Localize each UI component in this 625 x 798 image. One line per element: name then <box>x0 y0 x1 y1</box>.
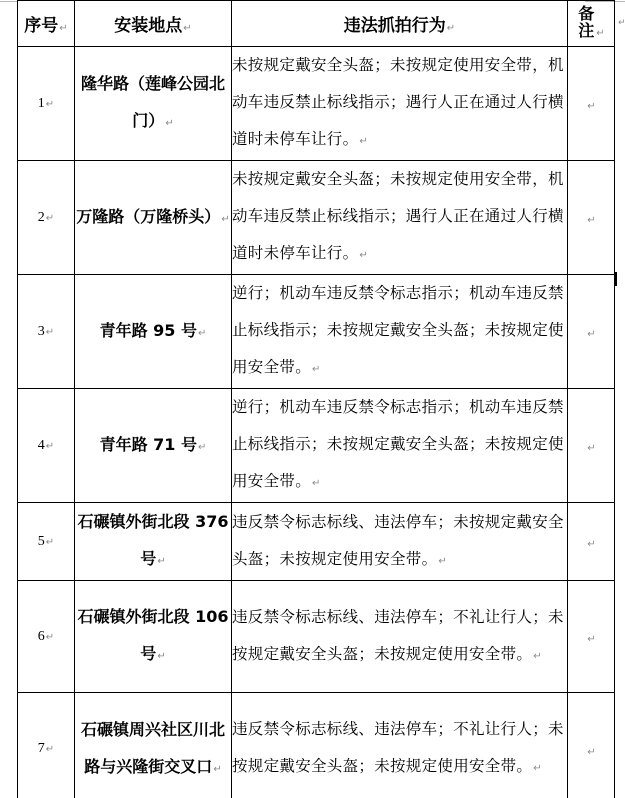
cell-index[interactable]: 4↵ <box>18 389 75 503</box>
cell-behavior[interactable]: 逆行；机动车违反禁令标志指示；机动车违反禁止标线指示；未按规定戴安全头盔；未按规… <box>232 275 568 389</box>
paragraph-mark-icon: ↵ <box>587 215 595 226</box>
cell-behavior[interactable]: 违反禁令标志标线、违法停车；不礼让行人；未按规定戴安全头盔；未按规定使用安全带。… <box>232 581 568 693</box>
table-row: 6↵ 石碾镇外街北段 106 号↵ 违反禁令标志标线、违法停车；不礼让行人；未按… <box>18 581 615 693</box>
cell-location[interactable]: 隆华路（莲峰公园北门）↵ <box>75 47 232 161</box>
header-index[interactable]: 序号↵ <box>18 1 75 47</box>
paragraph-mark-icon: ↵ <box>587 747 595 758</box>
paragraph-mark-icon: ↵ <box>587 539 595 550</box>
cell-behavior[interactable]: 违反禁令标志标线、违法停车；未按规定戴安全头盔；未按规定使用安全带。↵ <box>232 503 568 581</box>
paragraph-mark-icon: ↵ <box>46 327 54 338</box>
cell-note[interactable]: ↵ <box>568 275 615 389</box>
paragraph-mark-icon: ↵ <box>533 651 542 662</box>
cell-behavior[interactable]: 未按规定戴安全头盔；未按规定使用安全带，机动车违反禁止标线指示；遇行人正在通过人… <box>232 161 568 275</box>
paragraph-mark-icon: ↵ <box>312 478 321 489</box>
table-row: 1↵ 隆华路（莲峰公园北门）↵ 未按规定戴安全头盔；未按规定使用安全带，机动车违… <box>18 47 615 161</box>
paragraph-mark-icon: ↵ <box>46 537 54 548</box>
paragraph-mark-icon: ↵ <box>165 118 173 129</box>
paragraph-mark-icon: ↵ <box>587 101 595 112</box>
table-row: 5↵ 石碾镇外街北段 376 号↵ 违反禁令标志标线、违法停车；未按规定戴安全头… <box>18 503 615 581</box>
header-behavior[interactable]: 违法抓拍行为↵ <box>232 1 568 47</box>
cell-behavior[interactable]: 未按规定戴安全头盔；未按规定使用安全带，机动车违反禁止标线指示；遇行人正在通过人… <box>232 47 568 161</box>
paragraph-mark-icon: ↵ <box>46 441 54 452</box>
paragraph-mark-icon: ↵ <box>46 99 54 110</box>
cell-behavior[interactable]: 违反禁令标志标线、违法停车；不礼让行人；未按规定戴安全头盔；未按规定使用安全带。… <box>232 693 568 798</box>
paragraph-mark-icon: ↵ <box>198 328 206 339</box>
cell-note[interactable]: ↵ <box>568 581 615 693</box>
cell-note[interactable]: ↵ <box>568 693 615 798</box>
paragraph-mark-icon: ↵ <box>359 136 368 147</box>
cell-location[interactable]: 石碾镇外街北段 106 号↵ <box>75 581 232 693</box>
page-corner-mark <box>0 0 18 2</box>
paragraph-mark-icon: ↵ <box>312 364 321 375</box>
paragraph-mark-icon: ↵ <box>157 556 165 567</box>
paragraph-mark-icon: ↵ <box>359 250 368 261</box>
cell-index[interactable]: 7↵ <box>18 693 75 798</box>
cell-index[interactable]: 5↵ <box>18 503 75 581</box>
paragraph-mark-icon: ↵ <box>213 764 221 775</box>
cell-note[interactable]: ↵ <box>568 47 615 161</box>
paragraph-mark-icon: ↵ <box>221 214 229 225</box>
row-end-mark-icon: ↵ <box>618 18 625 28</box>
header-note[interactable]: 备注↵ <box>568 1 615 47</box>
cell-location[interactable]: 青年路 95 号↵ <box>75 275 232 389</box>
paragraph-mark-icon: ↵ <box>59 23 67 34</box>
paragraph-mark-icon: ↵ <box>587 634 595 645</box>
paragraph-mark-icon: ↵ <box>183 23 191 34</box>
paragraph-mark-icon: ↵ <box>157 651 165 662</box>
paragraph-mark-icon: ↵ <box>533 763 542 774</box>
paragraph-mark-icon: ↵ <box>46 213 54 224</box>
cell-index[interactable]: 3↵ <box>18 275 75 389</box>
cell-note[interactable]: ↵ <box>568 161 615 275</box>
cell-note[interactable]: ↵ <box>568 389 615 503</box>
paragraph-mark-icon: ↵ <box>587 443 595 454</box>
cell-location[interactable]: 青年路 71 号↵ <box>75 389 232 503</box>
table-row: 2↵ 万隆路（万隆桥头）↵ 未按规定戴安全头盔；未按规定使用安全带，机动车违反禁… <box>18 161 615 275</box>
paragraph-mark-icon: ↵ <box>46 632 54 643</box>
paragraph-mark-icon: ↵ <box>596 28 604 39</box>
table-row: 4↵ 青年路 71 号↵ 逆行；机动车违反禁令标志指示；机动车违反禁止标线指示；… <box>18 389 615 503</box>
cell-index[interactable]: 2↵ <box>18 161 75 275</box>
table-row: 3↵ 青年路 95 号↵ 逆行；机动车违反禁令标志指示；机动车违反禁止标线指示；… <box>18 275 615 389</box>
paragraph-mark-icon: ↵ <box>438 556 447 567</box>
cell-location[interactable]: 石碾镇周兴社区川北路与兴隆街交叉口↵ <box>75 693 232 798</box>
header-row: 序号↵ 安装地点↵ 违法抓拍行为↵ 备注↵ <box>18 1 615 47</box>
cell-location[interactable]: 石碾镇外街北段 376 号↵ <box>75 503 232 581</box>
text-cursor <box>615 272 617 286</box>
paragraph-mark-icon: ↵ <box>198 442 206 453</box>
cell-location[interactable]: 万隆路（万隆桥头）↵ <box>75 161 232 275</box>
cell-behavior[interactable]: 逆行；机动车违反禁令标志指示；机动车违反禁止标线指示；未按规定戴安全头盔；未按规… <box>232 389 568 503</box>
paragraph-mark-icon: ↵ <box>46 744 54 755</box>
paragraph-mark-icon: ↵ <box>587 329 595 340</box>
header-location[interactable]: 安装地点↵ <box>75 1 232 47</box>
cell-index[interactable]: 6↵ <box>18 581 75 693</box>
cell-index[interactable]: 1↵ <box>18 47 75 161</box>
paragraph-mark-icon: ↵ <box>447 23 455 34</box>
traffic-camera-table: 序号↵ 安装地点↵ 违法抓拍行为↵ 备注↵ 1↵ 隆华路（莲峰公园北门）↵ 未按… <box>17 0 615 798</box>
table-row: 7↵ 石碾镇周兴社区川北路与兴隆街交叉口↵ 违反禁令标志标线、违法停车；不礼让行… <box>18 693 615 798</box>
cell-note[interactable]: ↵ <box>568 503 615 581</box>
